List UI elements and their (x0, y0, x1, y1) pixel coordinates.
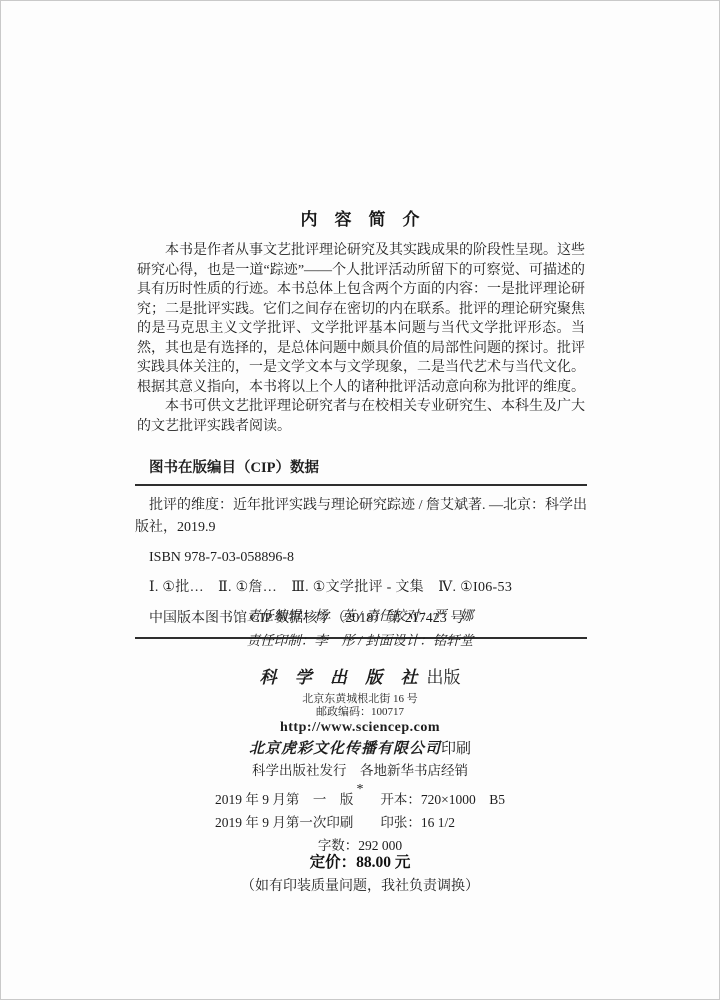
page-title: 内 容 简 介 (1, 205, 719, 230)
cip-header: 图书在版编目（CIP）数据 (135, 456, 587, 477)
intro-paragraph-2: 本书可供文艺批评理论研究者与在校相关专业研究生、本科生及广大的文艺批评实践者阅读… (137, 397, 585, 436)
publisher-website: http://www.sciencep.com (1, 719, 719, 736)
quality-notice: （如有印装质量问题，我社负责调换） (1, 875, 719, 895)
printer-line: 北京虎彩文化传播有限公司印刷 (1, 739, 719, 759)
copyright-page: 内 容 简 介 本书是作者从事文艺批评理论研究及其实践成果的阶段性呈现。这些研究… (0, 0, 720, 1000)
edition-print-run-line: 2019 年 9 月第一次印刷 印张：16 1/2 (215, 812, 505, 835)
price: 定价：88.00 元 (1, 850, 719, 872)
press-suffix: 出版 (427, 668, 461, 687)
credits-print-design-line: 责任印制：李 彤 / 封面设计：铭轩堂 (1, 628, 719, 653)
press-logo-text: 科 学 出 版 社 (260, 668, 425, 687)
edition-first-printing-line: 2019 年 9 月第 一 版 开本：720×1000 B5 (215, 789, 505, 812)
edition-info: 2019 年 9 月第 一 版 开本：720×1000 B5 2019 年 9 … (1, 789, 719, 834)
printer-suffix: 印刷 (441, 741, 471, 757)
staff-credits: 责任编辑：杨 英 / 责任校对：严 娜 责任印制：李 彤 / 封面设计：铭轩堂 (1, 603, 719, 653)
cip-classification: Ⅰ. ①批… Ⅱ. ①詹… Ⅲ. ①文学批评 - 文集 Ⅳ. ①I06-53 (135, 576, 587, 596)
cip-catalog-entry: 批评的维度：近年批评实践与理论研究踪迹 / 詹艾斌著. —北京：科学出版社，20… (135, 495, 587, 538)
printer-name-text: 北京虎彩文化传播有限公司 (249, 741, 441, 757)
publisher-address: 北京东黄城根北街 16 号 (1, 692, 719, 706)
isbn-number: ISBN 978-7-03-058896-8 (135, 550, 587, 566)
content-introduction: 本书是作者从事文艺批评理论研究及其实践成果的阶段性呈现。这些研究心得，也是一道“… (137, 241, 585, 436)
credits-editors-line: 责任编辑：杨 英 / 责任校对：严 娜 (1, 603, 719, 628)
cip-top-rule (135, 484, 587, 486)
publisher-postcode: 邮政编码：100717 (1, 706, 719, 719)
intro-paragraph-1: 本书是作者从事文艺批评理论研究及其实践成果的阶段性呈现。这些研究心得，也是一道“… (137, 241, 585, 397)
distribution-line: 科学出版社发行 各地新华书店经销 (1, 761, 719, 780)
publisher-block: 科 学 出 版 社出版 北京东黄城根北街 16 号 邮政编码：100717 ht… (1, 667, 719, 797)
edition-lines: 2019 年 9 月第 一 版 开本：720×1000 B5 2019 年 9 … (215, 789, 505, 834)
publisher-line: 科 学 出 版 社出版 (1, 667, 719, 689)
